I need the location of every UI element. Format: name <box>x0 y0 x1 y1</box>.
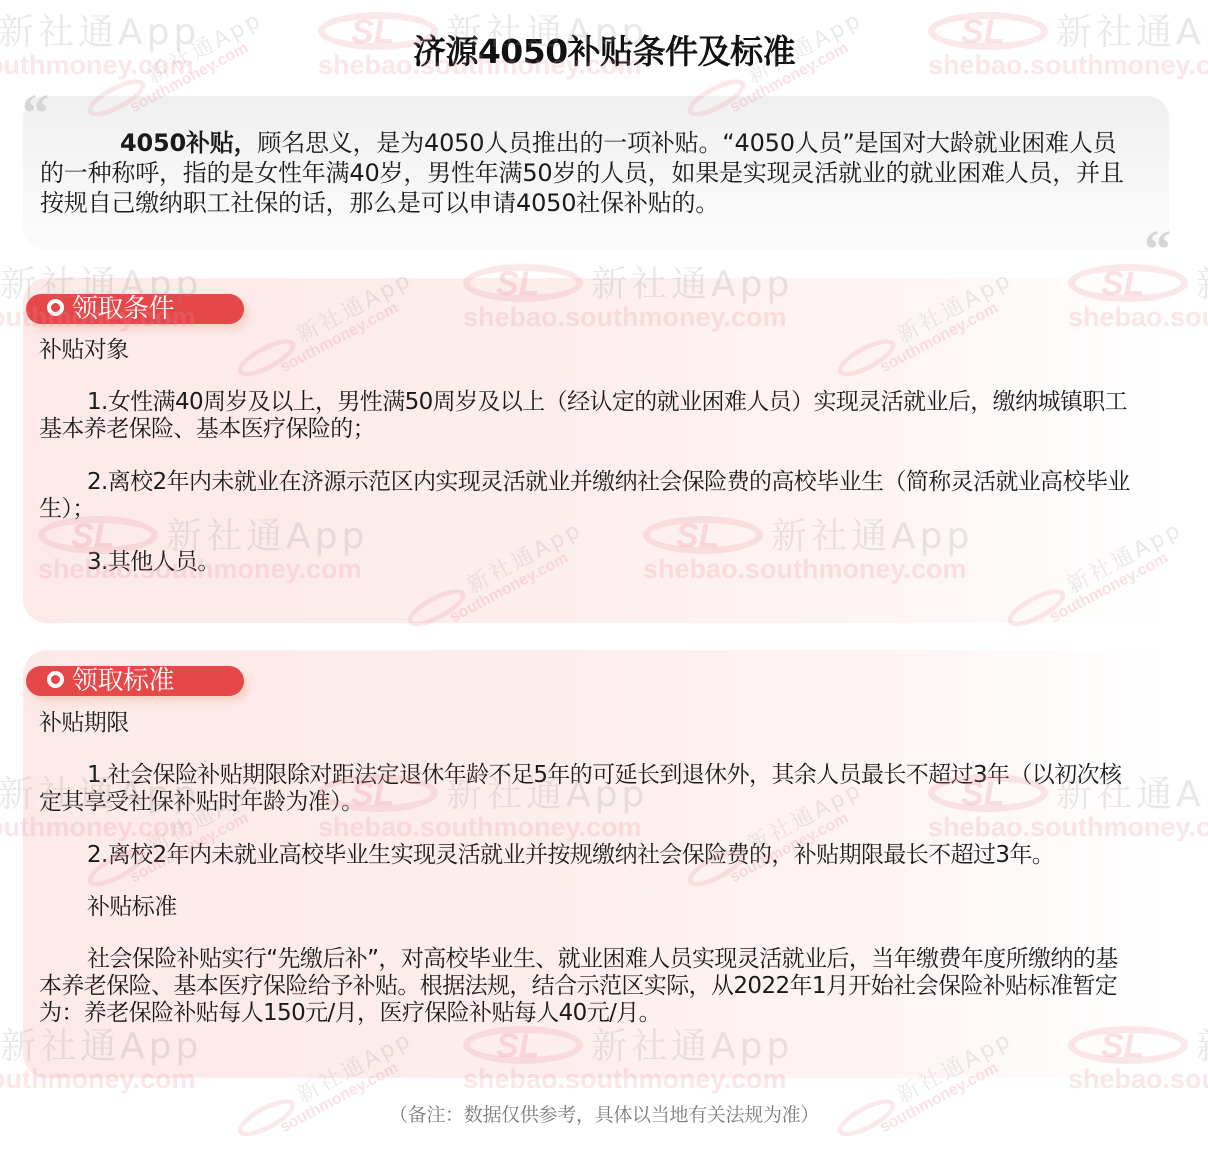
section-heading-label: 领取条件 <box>72 288 174 325</box>
intro-paragraph: 4050补贴，顾名思义，是为4050人员推出的一项补贴。“4050人员”是国对大… <box>40 128 1140 218</box>
subheading-period: 补贴期限 <box>39 710 1139 737</box>
section-heading-label: 领取标准 <box>72 660 174 697</box>
subheading-target: 补贴对象 <box>39 337 1139 364</box>
section-heading-standards: 领取标准 <box>26 666 244 696</box>
circle-icon <box>47 299 64 316</box>
footnote: （备注：数据仅供参考，具体以当地有关法规为准） <box>0 1100 1208 1127</box>
standard-paragraph: 社会保险补贴实行“先缴后补”，对高校毕业生、就业困难人员实现灵活就业后，当年缴费… <box>39 946 1139 1027</box>
section-heading-conditions: 领取条件 <box>26 294 244 324</box>
period-item: 1.社会保险补贴期限除对距法定退休年龄不足5年的可延长到退休外，其余人员最长不超… <box>39 762 1139 816</box>
condition-item: 1.女性满40周岁及以上，男性满50周岁及以上（经认定的就业困难人员）实现灵活就… <box>39 389 1139 443</box>
page-title: 济源4050补贴条件及标准 <box>0 26 1208 73</box>
subheading-standard: 补贴标准 <box>39 894 1139 921</box>
quote-close-icon: “ <box>1144 222 1171 276</box>
period-item: 2.离校2年内未就业高校毕业生实现灵活就业并按规缴纳社会保险费的，补贴期限最长不… <box>39 842 1139 869</box>
circle-icon <box>47 671 64 688</box>
condition-item: 2.离校2年内未就业在济源示范区内实现灵活就业并缴纳社会保险费的高校毕业生（简称… <box>39 469 1139 523</box>
intro-lead: 4050补贴， <box>120 129 257 157</box>
condition-item: 3.其他人员。 <box>39 549 1139 576</box>
